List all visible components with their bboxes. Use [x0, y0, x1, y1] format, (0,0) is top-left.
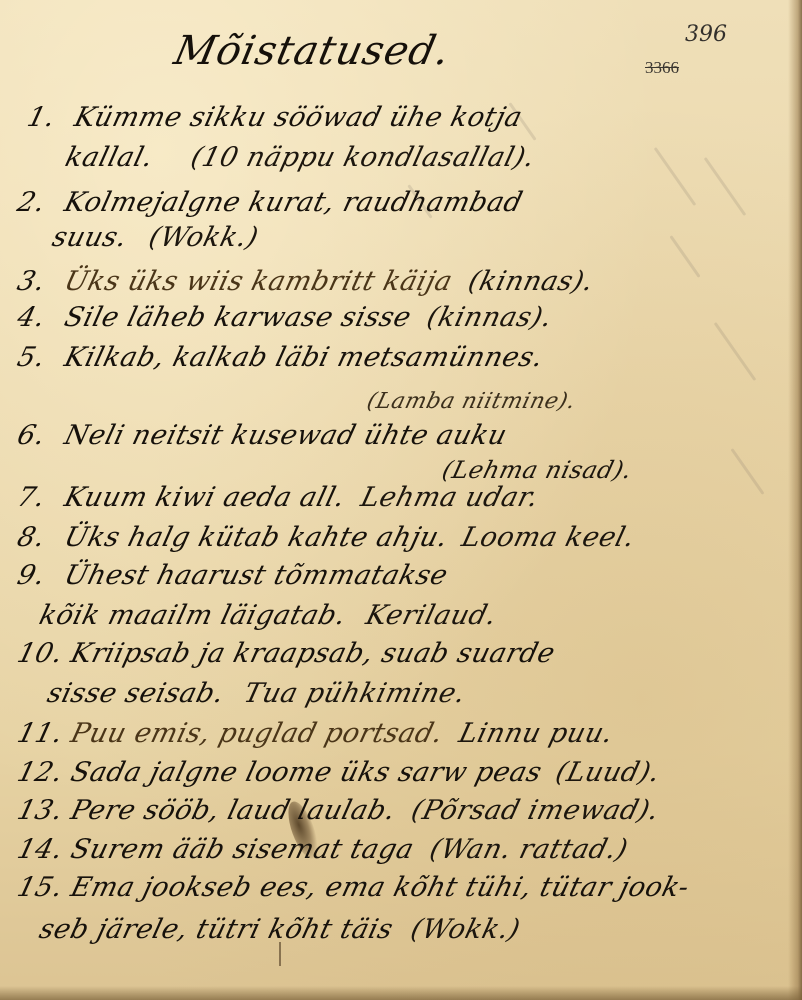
riddle-text: Üks üks wiis kambritt käija	[61, 266, 456, 297]
riddle-answer: (Wan. rattad.)	[427, 834, 632, 865]
riddle-number: 13.	[14, 795, 66, 826]
riddle-number: 12.	[14, 757, 66, 788]
riddle-number: 3.	[14, 266, 60, 297]
riddle-10-line-2: sisse seisab. Tua pühkimine.	[44, 678, 469, 709]
riddle-number: 1.	[24, 102, 70, 133]
riddle-10-line-1: 10. Kriipsab ja kraapsab, suab suarde	[14, 638, 558, 669]
riddle-number: 5.	[14, 342, 60, 373]
riddle-text: Neli neitsit kusewad ühte auku	[61, 420, 510, 451]
bleed-through-mark	[704, 157, 747, 216]
riddle-8: 8. Üks halg kütab kahte ahju. Looma keel…	[14, 522, 638, 553]
riddle-text: Kuum kiwi aeda all.	[61, 482, 348, 513]
riddle-text: Sile läheb karwase sisse	[61, 302, 414, 333]
riddle-text: Ema jookseb ees, ema kõht tühi, tütar jo…	[68, 872, 693, 903]
riddle-12: 12. Sada jalgne loome üks sarw peas (Luu…	[14, 757, 663, 788]
riddle-number: 14.	[14, 834, 66, 865]
riddle-number: 6.	[14, 420, 60, 451]
riddle-text: Surem ääb sisemat taga	[68, 834, 418, 865]
riddle-1-line-1: 1. Kümme sikku sööwad ühe kotja	[24, 102, 525, 133]
riddle-text: Kriipsab ja kraapsab, suab suarde	[68, 638, 559, 669]
riddle-15-line-1: 15. Ema jookseb ees, ema kõht tühi, tüta…	[14, 872, 692, 903]
riddle-9-line-2: kõik maailm läigatab. Kerilaud.	[36, 600, 500, 631]
manuscript-page: Mõistatused. 396 3366 1. Kümme sikku söö…	[0, 0, 802, 1000]
riddle-answer: (kinnas).	[465, 266, 597, 297]
riddle-text: Sada jalgne loome üks sarw peas	[68, 757, 545, 788]
riddle-7: 7. Kuum kiwi aeda all. Lehma udar.	[14, 482, 542, 513]
riddle-number: 8.	[14, 522, 60, 553]
riddle-2-line-1: 2. Kolmejalgne kurat, raudhambad	[14, 187, 526, 218]
riddle-text: sisse seisab.	[44, 678, 227, 709]
riddle-text: Kilkab, kalkab läbi metsamünnes.	[61, 342, 546, 373]
bleed-through-mark	[714, 322, 757, 381]
riddle-5-answer: (Lamba niitmine).	[364, 384, 579, 415]
ink-scratch	[279, 942, 281, 966]
page-number: 396	[685, 22, 727, 47]
riddle-text: Üks halg kütab kahte ahju.	[61, 522, 451, 553]
riddle-text: kõik maailm läigatab.	[36, 600, 349, 631]
riddle-answer: (Lamba niitmine).	[364, 389, 578, 414]
riddle-text: Ühest haarust tõmmatakse	[61, 560, 451, 591]
riddle-answer: Lehma udar.	[358, 482, 542, 513]
riddle-2-line-2: suus. (Wokk.)	[49, 222, 261, 253]
riddle-15-line-2: seb järele, tütri kõht täis (Wokk.)	[36, 914, 523, 945]
riddle-text: Puu emis, puglad portsad.	[68, 718, 447, 749]
riddle-text: Kümme sikku sööwad ühe kotja	[71, 102, 525, 133]
riddle-answer: (Lehma nisad).	[439, 456, 635, 484]
riddle-number: 9.	[14, 560, 60, 591]
riddle-answer: (Wokk.)	[408, 914, 524, 945]
riddle-answer: (10 näppu kondlasallal).	[188, 142, 538, 173]
riddle-14: 14. Surem ääb sisemat taga (Wan. rattad.…	[14, 834, 631, 865]
riddle-answer: (kinnas).	[424, 302, 556, 333]
riddle-number: 7.	[14, 482, 60, 513]
riddle-13: 13. Pere sööb, laud laulab. (Põrsad imew…	[14, 795, 662, 826]
riddle-answer: Tua pühkimine.	[241, 678, 469, 709]
bleed-through-mark	[654, 147, 697, 206]
riddle-answer: Kerilaud.	[363, 600, 500, 631]
page-title: Mõistatused.	[170, 28, 454, 74]
riddle-6-answer: (Lehma nisad).	[439, 454, 636, 485]
riddle-number: 15.	[14, 872, 66, 903]
archive-number-struck: 3366	[645, 58, 679, 78]
riddle-number: 2.	[14, 187, 60, 218]
riddle-text: Pere sööb, laud laulab.	[68, 795, 399, 826]
riddle-answer: (Wokk.)	[146, 222, 262, 253]
riddle-answer: Looma keel.	[459, 522, 638, 553]
riddle-number: 4.	[14, 302, 60, 333]
riddle-6: 6. Neli neitsit kusewad ühte auku	[14, 420, 510, 451]
riddle-text: Kolmejalgne kurat, raudhambad	[61, 187, 526, 218]
riddle-4: 4. Sile läheb karwase sisse (kinnas).	[14, 302, 555, 333]
riddle-9-line-1: 9. Ühest haarust tõmmatakse	[14, 560, 451, 591]
riddle-text: kallal.	[62, 142, 156, 173]
riddle-answer: (Luud).	[552, 757, 663, 788]
riddle-1-line-2: kallal. (10 näppu kondlasallal).	[62, 142, 538, 173]
riddle-3: 3. Üks üks wiis kambritt käija (kinnas).	[14, 266, 597, 297]
riddle-11: 11. Puu emis, puglad portsad. Linnu puu.	[14, 718, 616, 749]
riddle-number: 10.	[14, 638, 66, 669]
riddle-answer: (Põrsad imewad).	[408, 795, 662, 826]
riddle-5: 5. Kilkab, kalkab läbi metsamünnes.	[14, 342, 546, 373]
riddle-text: seb järele, tütri kõht täis	[36, 914, 396, 945]
riddle-answer: Linnu puu.	[456, 718, 617, 749]
riddle-text: suus.	[49, 222, 130, 253]
bleed-through-mark	[730, 448, 764, 495]
riddle-number: 11.	[14, 718, 66, 749]
bleed-through-mark	[669, 235, 700, 278]
